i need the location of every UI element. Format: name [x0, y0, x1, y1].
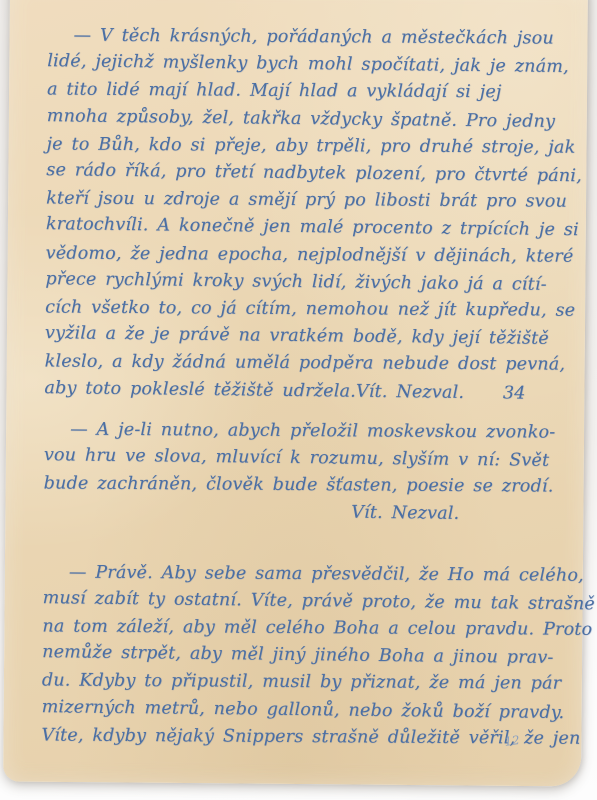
handwritten-line: kratochvíli. A konečně jen malé procento…	[46, 212, 560, 245]
handwritten-line: kleslo, a kdy žádná umělá podpěra nebude…	[45, 349, 559, 379]
handwritten-line: — Právě. Aby sebe sama přesvědčil, že Ho…	[43, 559, 557, 589]
handwritten-line: mnoha způsoby, žel, takřka vždycky špatn…	[47, 103, 561, 136]
handwritten-line: aby toto pokleslé těžiště udržela. Vít. …	[44, 375, 558, 408]
handwritten-line: Víte, kdyby nějaký Snippers strašně důle…	[41, 722, 555, 752]
handwritten-line: a tito lidé mají hlad. Mají hlad a vyklá…	[47, 77, 561, 107]
source-number: 34	[503, 383, 526, 403]
manuscript-page: — V těch krásných, pořádaných a městečká…	[3, 0, 588, 786]
attribution-name: Vít. Nezval.	[356, 381, 464, 402]
line-text: aby toto pokleslé těžiště udržela.	[44, 375, 356, 406]
attribution: Vít. Nezval. 34	[356, 378, 526, 407]
paragraph-1: — V těch krásných, pořádaných a městečká…	[44, 22, 561, 407]
handwritten-line: mizerných metrů, nebo gallonů, nebo žoků…	[42, 694, 556, 727]
handwritten-line: du. Kdyby to připustil, musil by přiznat…	[42, 668, 556, 698]
handwritten-line: vědomo, že jedna epocha, nejplodnější v …	[46, 240, 560, 270]
paragraph-3: — Právě. Aby sebe sama přesvědčil, že Ho…	[41, 558, 557, 753]
attribution: Vít. Nezval.	[43, 497, 557, 530]
paragraph-2: — A je-li nutno, abych přeložil moskevsk…	[43, 416, 558, 529]
scanner-background: — V těch krásných, pořádaných a městečká…	[0, 0, 597, 800]
handwritten-text: — V těch krásných, pořádaných a městečká…	[3, 0, 588, 754]
page-number: 12	[503, 733, 520, 749]
